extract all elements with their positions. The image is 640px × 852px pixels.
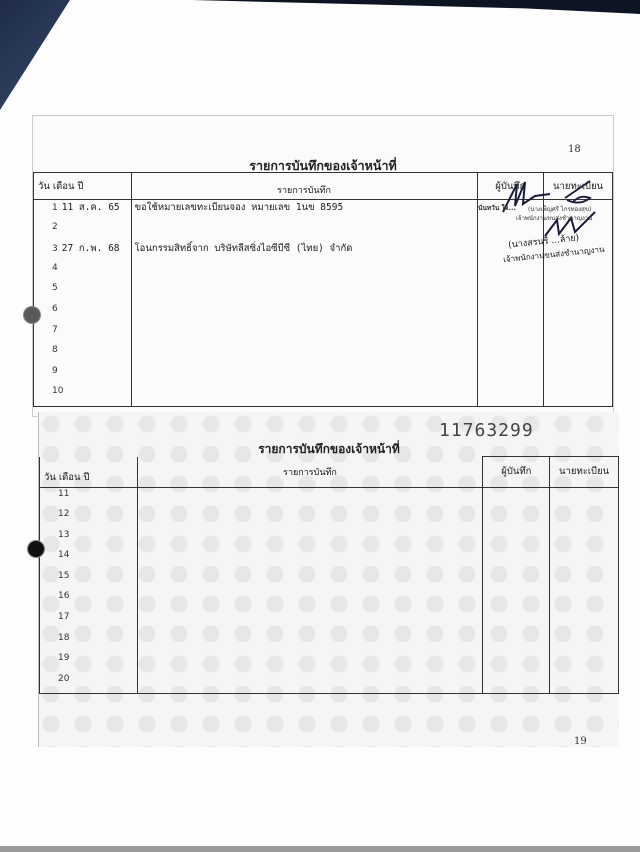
recorder-cell [477,344,544,365]
table-row: 5 [34,282,613,303]
entry-cell [131,221,477,242]
entry-text [132,324,135,335]
date-cell: 19 [40,652,138,673]
entry-text [132,344,135,355]
registrar-cell [550,570,619,591]
table-row: 17 [40,611,619,632]
binder-hole [27,540,45,558]
row-number: 17 [40,612,69,622]
recorder-cell [477,282,544,303]
table-row: 7 [34,324,613,345]
recorder-cell [483,487,550,508]
entry-date: 27 ก.พ. 68 [62,243,120,254]
entry-cell [131,385,477,406]
date-cell: 5 [34,282,132,303]
table-row: 16 [40,590,619,611]
row-number: 12 [40,509,69,519]
entry-cell [137,590,483,611]
row-number: 16 [40,591,69,601]
entry-cell [137,673,483,694]
table-row: 14 [40,549,619,570]
entry-cell: โอนกรรมสิทธิ์จาก บริษัทลีสซิ่งไอซีบีซี (… [131,241,477,262]
table-row: 20 [40,673,619,694]
date-cell: 20 [40,673,138,694]
table-row: 12 [40,508,619,529]
recorder-cell [477,365,544,386]
registrar-cell [550,549,619,570]
table-row: 19 [40,652,619,673]
date-cell: 15 [40,570,138,591]
date-cell: 6 [34,303,132,324]
registrar-cell [544,385,613,406]
scan-background-corner [0,0,70,110]
entry-cell [137,570,483,591]
date-cell: 18 [40,632,138,653]
row-number: 19 [40,653,69,663]
registrar-cell [544,303,613,324]
entry-text [132,303,135,314]
entry-text [132,282,135,293]
table-row: 6 [34,303,613,324]
entry-cell [131,324,477,345]
row-number: 20 [40,674,69,684]
table-row: 18 [40,632,619,653]
registrar-cell [544,365,613,386]
row-number: 9 [34,366,58,376]
row-number: 7 [34,325,58,335]
date-cell: 16 [40,590,138,611]
table-row: 9 [34,365,613,386]
row-number: 11 [40,489,69,499]
registrar-cell [550,611,619,632]
entry-cell [137,508,483,529]
registrar-cell [550,487,619,508]
table-row: 15 [40,570,619,591]
row-number: 13 [40,530,69,540]
entry-cell [137,487,483,508]
header-entry: รายการบันทึก [137,457,483,488]
date-cell: 17 [40,611,138,632]
recorder-cell [483,611,550,632]
entry-date: 11 ส.ค. 65 [62,202,120,213]
entry-text [132,385,135,396]
recorder-cell [483,632,550,653]
entry-cell [131,344,477,365]
recorder-cell [477,303,544,324]
entry-text [132,221,135,232]
stamp1-title: เจ้าพนักงานขนส่งชำนาญงาน [516,213,592,223]
registrar-cell [550,632,619,653]
recorder-cell [483,508,550,529]
recorder-cell [477,385,544,406]
date-cell: 4 [34,262,132,283]
table-row: 4 [34,262,613,283]
registrar-cell [550,673,619,694]
row-number: 3 [34,244,58,254]
row-number: 8 [34,345,58,355]
entry-cell [131,365,477,386]
registrar-cell [550,529,619,550]
entry-cell [137,529,483,550]
registrar-cell [550,652,619,673]
entry-text [132,262,135,273]
row-number: 2 [34,222,58,232]
date-cell: 10 [34,385,132,406]
recorder-cell [483,549,550,570]
entry-text: โอนกรรมสิทธิ์จาก บริษัทลีสซิ่งไอซีบีซี (… [132,243,353,254]
recorder-cell [483,652,550,673]
entry-text: ขอใช้หมายเลขทะเบียนจอง หมายเลข 1นข 8595 [132,202,344,213]
recorder-cell [483,673,550,694]
entry-cell [137,652,483,673]
registrar-cell [550,590,619,611]
date-cell: 111 ส.ค. 65 [34,200,132,221]
date-cell: 14 [40,549,138,570]
row-number: 1 [34,203,58,213]
row-number: 15 [40,571,69,581]
registrar-cell [544,344,613,365]
header-date: วัน เดือน ปี [34,173,132,200]
header-date: วัน เดือน ปี [40,457,138,488]
entry-text [132,365,135,376]
table-row: 11 [40,487,619,508]
entry-cell [137,549,483,570]
page-number: 19 [574,736,587,747]
record-page-18: 18 รายการบันทึกของเจ้าหน้าที่ วัน เดือน … [32,115,614,417]
serial-number: 11763299 [439,420,534,441]
table-row: 8 [34,344,613,365]
date-cell: 327 ก.พ. 68 [34,241,132,262]
entry-cell [131,282,477,303]
scan-bottom-edge [0,846,640,852]
recorder-cell [483,590,550,611]
table-row: 10 [34,385,613,406]
recorder-cell [477,324,544,345]
entry-cell: ขอใช้หมายเลขทะเบียนจอง หมายเลข 1นข 8595 [131,200,477,221]
entry-cell [137,611,483,632]
record-page-19: 11763299 รายการบันทึกของเจ้าหน้าที่ วัน … [38,412,619,747]
registrar-cell [544,262,613,283]
recorder-name: นันทวัน ใจ... [478,203,516,213]
registrar-cell [544,282,613,303]
header-registrar: นายทะเบียน [550,457,619,488]
registrar-cell [550,508,619,529]
date-cell: 12 [40,508,138,529]
row-number: 10 [34,386,63,396]
date-cell: 13 [40,529,138,550]
binder-hole [23,306,41,324]
date-cell: 11 [40,487,138,508]
entry-cell [137,632,483,653]
header-entry: รายการบันทึก [131,173,477,200]
date-cell: 9 [34,365,132,386]
entry-cell [131,303,477,324]
date-cell: 8 [34,344,132,365]
entry-cell [131,262,477,283]
date-cell: 7 [34,324,132,345]
page-number: 18 [568,144,581,155]
row-number: 5 [34,283,58,293]
header-recorder: ผู้บันทึก [483,457,550,488]
scan-background-edge [0,0,640,14]
row-number: 18 [40,633,69,643]
row-number: 4 [34,263,58,273]
record-table: วัน เดือน ปี รายการบันทึก ผู้บันทึก นายท… [39,456,619,694]
registrar-cell [544,324,613,345]
recorder-cell [483,529,550,550]
date-cell: 2 [34,221,132,242]
table-row: 13 [40,529,619,550]
recorder-cell [483,570,550,591]
